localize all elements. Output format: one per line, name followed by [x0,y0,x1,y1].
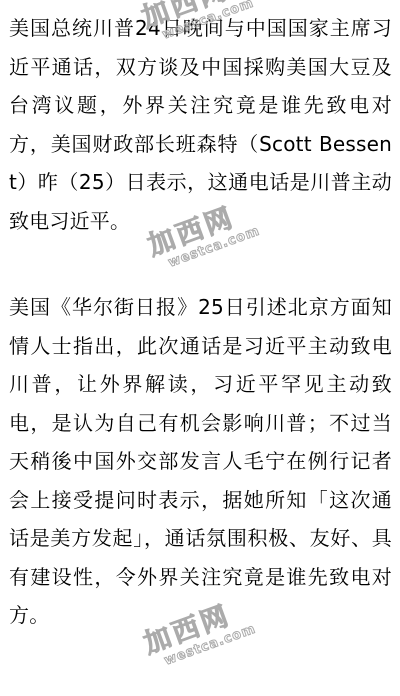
article-page: 美国总统川普24日晚间与中国国家主席习近平通话，双方谈及中国採购美国大豆及台湾议… [0,0,400,696]
article-body: 美国总统川普24日晚间与中国国家主席习近平通话，双方谈及中国採购美国大豆及台湾议… [0,0,400,635]
article-paragraph-2: 美国《华尔街日报》25日引述北京方面知情人士指出，此次通话是习近平主动致电川普，… [9,288,392,635]
article-paragraph-1: 美国总统川普24日晚间与中国国家主席习近平通话，双方谈及中国採购美国大豆及台湾议… [9,9,392,240]
